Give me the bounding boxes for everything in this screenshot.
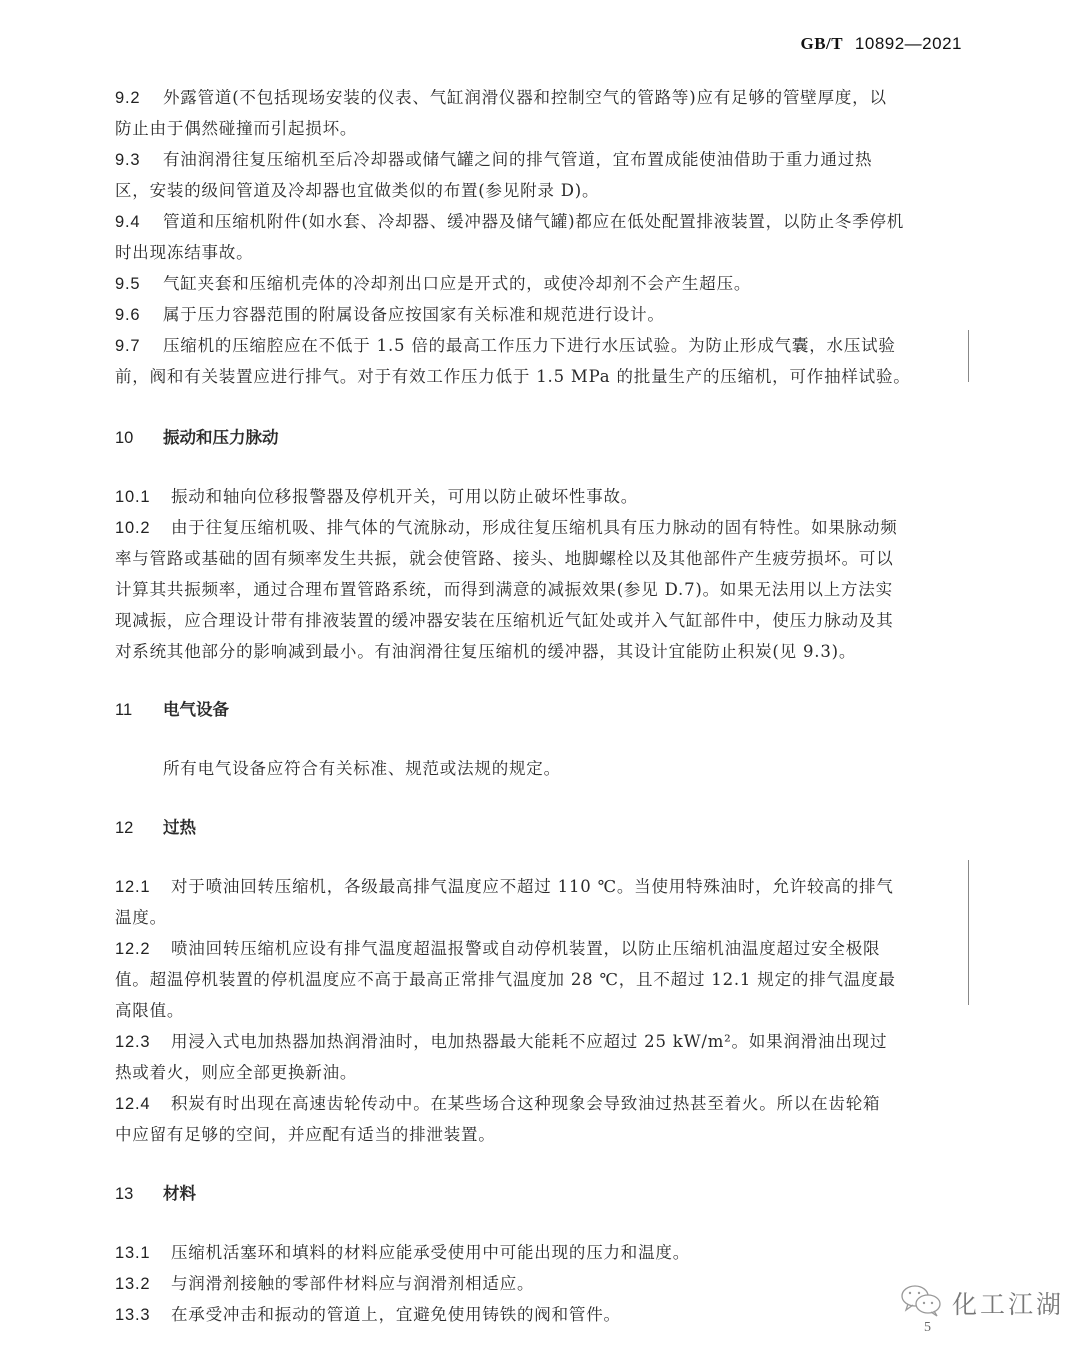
clause-13-2: 13.2与润滑剂接触的零部件材料应与润滑剂相适应。 bbox=[115, 1268, 960, 1299]
section-heading-11: 11电气设备 bbox=[115, 694, 960, 725]
clause-13-1: 13.1压缩机活塞环和填料的材料应能承受使用中可能出现的压力和温度。 bbox=[115, 1237, 960, 1268]
clause-12-3: 12.3用浸入式电加热器加热润滑油时，电加热器最大能耗不应超过 25 kW/m²… bbox=[115, 1026, 960, 1088]
wechat-icon bbox=[900, 1283, 944, 1323]
clause-12-1: 12.1对于喷油回转压缩机，各级最高排气温度应不超过 110 ℃。当使用特殊油时… bbox=[115, 871, 960, 933]
document-body: 9.2外露管道(不包括现场安装的仪表、气缸润滑仪器和控制空气的管路等)应有足够的… bbox=[115, 82, 960, 1330]
clause-12-2: 12.2喷油回转压缩机应设有排气温度超温报警或自动停机装置，以防止压缩机油温度超… bbox=[115, 933, 960, 1026]
clause-10-1: 10.1振动和轴向位移报警器及停机开关，可用以防止破坏性事故。 bbox=[115, 481, 960, 512]
clause-10-2: 10.2由于往复压缩机吸、排气体的气流脉动，形成往复压缩机具有压力脉动的固有特性… bbox=[115, 512, 960, 667]
watermark: 化工江湖 bbox=[900, 1283, 1064, 1323]
clause-11-body: 所有电气设备应符合有关标准、规范或法规的规定。 bbox=[115, 753, 960, 784]
section-heading-10: 10振动和压力脉动 bbox=[115, 422, 960, 453]
change-bar bbox=[968, 860, 969, 1005]
clause-9-7: 9.7压缩机的压缩腔应在不低于 1.5 倍的最高工作压力下进行水压试验。为防止形… bbox=[115, 330, 960, 392]
page-number: 5 bbox=[924, 1320, 931, 1336]
clause-9-4: 9.4管道和压缩机附件(如水套、冷却器、缓冲器及储气罐)都应在低处配置排液装置，… bbox=[115, 206, 960, 268]
change-bar bbox=[968, 330, 969, 382]
watermark-text: 化工江湖 bbox=[952, 1285, 1064, 1321]
standard-prefix: GB/T bbox=[800, 34, 843, 53]
standard-number: 10892—2021 bbox=[855, 34, 962, 53]
standard-code: GB/T 10892—2021 bbox=[800, 34, 962, 54]
clause-12-4: 12.4积炭有时出现在高速齿轮传动中。在某些场合这种现象会导致油过热甚至着火。所… bbox=[115, 1088, 960, 1150]
section-heading-12: 12过热 bbox=[115, 812, 960, 843]
clause-9-6: 9.6属于压力容器范围的附属设备应按国家有关标准和规范进行设计。 bbox=[115, 299, 960, 330]
clause-9-2: 9.2外露管道(不包括现场安装的仪表、气缸润滑仪器和控制空气的管路等)应有足够的… bbox=[115, 82, 960, 144]
section-heading-13: 13材料 bbox=[115, 1178, 960, 1209]
clause-9-3: 9.3有油润滑往复压缩机至后冷却器或储气罐之间的排气管道，宜布置成能使油借助于重… bbox=[115, 144, 960, 206]
clause-13-3: 13.3在承受冲击和振动的管道上，宜避免使用铸铁的阀和管件。 bbox=[115, 1299, 960, 1330]
clause-9-5: 9.5气缸夹套和压缩机壳体的冷却剂出口应是开式的，或使冷却剂不会产生超压。 bbox=[115, 268, 960, 299]
